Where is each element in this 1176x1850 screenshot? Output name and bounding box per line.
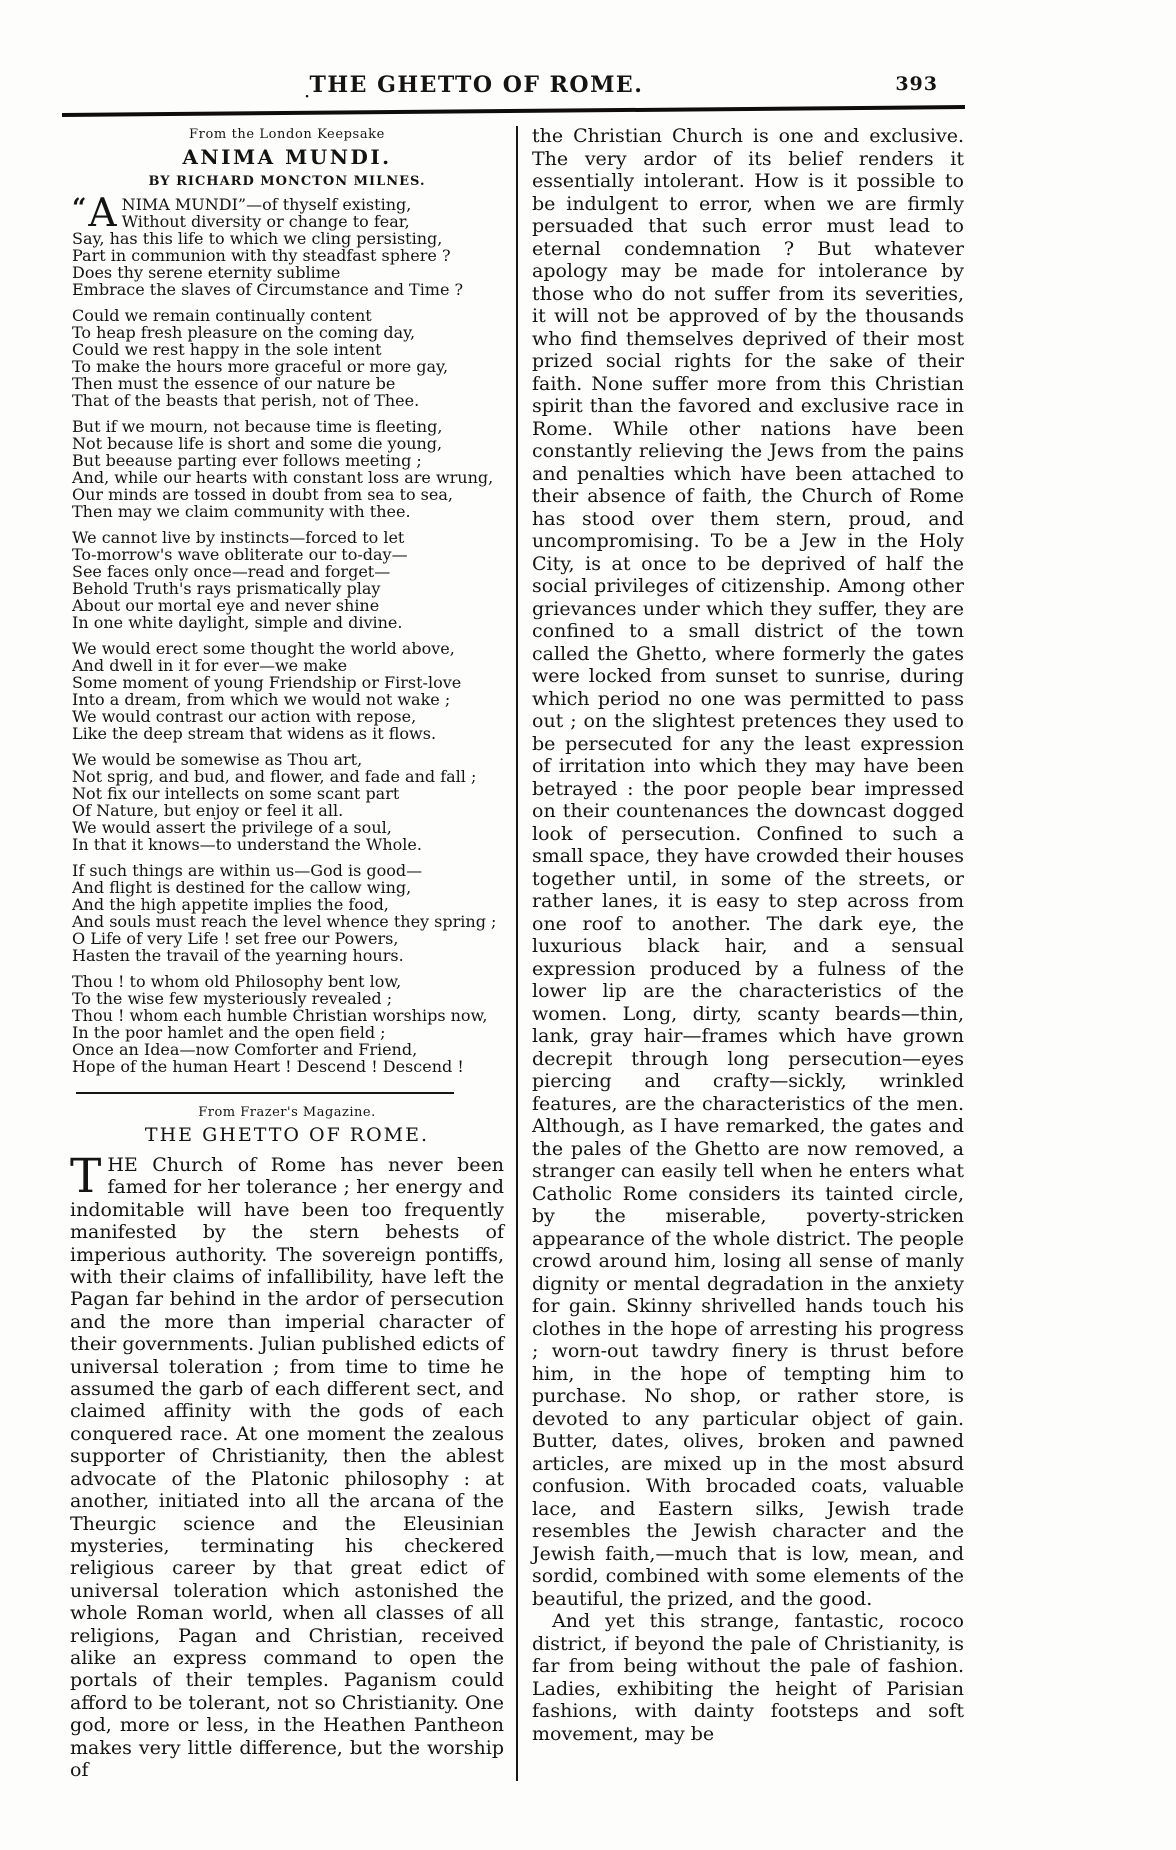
- poem-line: We cannot live by instincts—forced to le…: [72, 529, 504, 546]
- poem-line: Part in communion with thy steadfast sph…: [72, 247, 504, 264]
- two-column-layout: From the London Keepsake ANIMA MUNDI. BY…: [64, 124, 964, 1781]
- poem-line: And souls must reach the level whence th…: [72, 913, 504, 930]
- poem-line: We would be somewise as Thou art,: [72, 751, 504, 768]
- poem-line: Not sprig, and bud, and flower, and fade…: [72, 768, 504, 785]
- right-column: the Christian Church is one and exclusiv…: [518, 124, 964, 1781]
- poem-line: Hope of the human Heart ! Descend ! Desc…: [72, 1058, 504, 1075]
- poem-line: That of the beasts that perish, not of T…: [72, 392, 504, 409]
- poem-line: Without diversity or change to fear,: [72, 213, 504, 230]
- left-column: From the London Keepsake ANIMA MUNDI. BY…: [64, 124, 516, 1781]
- poem-line: Not because life is short and some die y…: [72, 435, 504, 452]
- poem-source: From the London Keepsake: [70, 127, 504, 142]
- poem-stanza-3: But if we mourn, not because time is fle…: [72, 418, 504, 520]
- poem-body: “A NIMA MUNDI”—of thyself existing, With…: [70, 196, 504, 1075]
- poem-line: And the high appetite implies the food,: [72, 896, 504, 913]
- poem-stanza-7: If such things are within us—God is good…: [72, 862, 504, 964]
- running-head-title-text: THE GHETTO OF ROME.: [309, 72, 643, 98]
- poem-line: And flight is destined for the callow wi…: [72, 879, 504, 896]
- poem-line: Thou ! to whom old Philosophy bent low,: [72, 973, 504, 990]
- poem-line: But beeause parting ever follows meeting…: [72, 452, 504, 469]
- poem-line: Not fix our intellects on some scant par…: [72, 785, 504, 802]
- page-number: 393: [895, 73, 938, 95]
- poem-byline: BY RICHARD MONCTON MILNES.: [70, 174, 504, 189]
- running-head: .THE GHETTO OF ROME. 393: [64, 72, 964, 104]
- running-head-title: .THE GHETTO OF ROME.: [184, 72, 764, 101]
- poem-line: In one white daylight, simple and divine…: [72, 614, 504, 631]
- poem-line: Then may we claim community with thee.: [72, 503, 504, 520]
- poem-line: Of Nature, but enjoy or feel it all.: [72, 802, 504, 819]
- poem-line: Hasten the travail of the yearning hours…: [72, 947, 504, 964]
- scanned-page: .THE GHETTO OF ROME. 393 From the London…: [0, 0, 1176, 1850]
- poem-title: ANIMA MUNDI.: [70, 145, 504, 169]
- section-divider-rule: [76, 1092, 454, 1094]
- poem-stanza-5: We would erect some thought the world ab…: [72, 640, 504, 742]
- poem-line: Then must the essence of our nature be: [72, 375, 504, 392]
- poem-line: Once an Idea—now Comforter and Friend,: [72, 1041, 504, 1058]
- poem-stanza-4: We cannot live by instincts—forced to le…: [72, 529, 504, 631]
- poem-line: Say, has this life to which we cling per…: [72, 230, 504, 247]
- poem-line: NIMA MUNDI”—of thyself existing,: [72, 196, 504, 213]
- poem-line: Our minds are tossed in doubt from sea t…: [72, 486, 504, 503]
- poem-stanza-6: We would be somewise as Thou art, Not sp…: [72, 751, 504, 853]
- header-rule: [62, 105, 965, 117]
- poem-stanza-2: Could we remain continually content To h…: [72, 307, 504, 409]
- poem-line: To make the hours more graceful or more …: [72, 358, 504, 375]
- article-paragraph: And yet this strange, fantastic, rococo …: [532, 1610, 964, 1745]
- poem-line: If such things are within us—God is good…: [72, 862, 504, 879]
- poem-line: See faces only once—read and forget—: [72, 563, 504, 580]
- open-quote-mark: “: [72, 199, 84, 217]
- poem-line: O Life of very Life ! set free our Power…: [72, 930, 504, 947]
- poem-drop-cap: A: [88, 198, 116, 229]
- article-drop-cap: T: [70, 1157, 101, 1196]
- poem-line: We would assert the privilege of a soul,: [72, 819, 504, 836]
- poem-line: Like the deep stream that widens as it f…: [72, 725, 504, 742]
- article-source: From Frazer's Magazine.: [70, 1105, 504, 1120]
- poem-line: Does thy serene eternity sublime: [72, 264, 504, 281]
- poem-line: But if we mourn, not because time is fle…: [72, 418, 504, 435]
- poem-line: We would contrast our action with repose…: [72, 708, 504, 725]
- poem-line: In the poor hamlet and the open field ;: [72, 1024, 504, 1041]
- poem-line: To-morrow's wave obliterate our to-day—: [72, 546, 504, 563]
- poem-line: Into a dream, from which we would not wa…: [72, 691, 504, 708]
- poem-line: About our mortal eye and never shine: [72, 597, 504, 614]
- poem-stanza-1: “A NIMA MUNDI”—of thyself existing, With…: [72, 196, 504, 298]
- poem-line: Embrace the slaves of Circumstance and T…: [72, 281, 504, 298]
- poem-stanza-8: Thou ! to whom old Philosophy bent low, …: [72, 973, 504, 1075]
- poem-line: Could we remain continually content: [72, 307, 504, 324]
- article-paragraph: the Christian Church is one and exclusiv…: [532, 125, 964, 1610]
- poem-line: And, while our hearts with constant loss…: [72, 469, 504, 486]
- poem-line: To heap fresh pleasure on the coming day…: [72, 324, 504, 341]
- poem-line: Could we rest happy in the sole intent: [72, 341, 504, 358]
- poem-line: In that it knows—to understand the Whole…: [72, 836, 504, 853]
- poem-line: To the wise few mysteriously revealed ;: [72, 990, 504, 1007]
- poem-line: We would erect some thought the world ab…: [72, 640, 504, 657]
- poem-line: Thou ! whom each humble Christian worshi…: [72, 1007, 504, 1024]
- article-left-text: HE Church of Rome has never been famed f…: [70, 1154, 504, 1781]
- poem-line: Some moment of young Friendship or First…: [72, 674, 504, 691]
- poem-line: And dwell in it for ever—we make: [72, 657, 504, 674]
- article-title: THE GHETTO OF ROME.: [70, 1124, 504, 1146]
- poem-line: Behold Truth's rays prismatically play: [72, 580, 504, 597]
- article-body-left: THE Church of Rome has never been famed …: [70, 1154, 504, 1781]
